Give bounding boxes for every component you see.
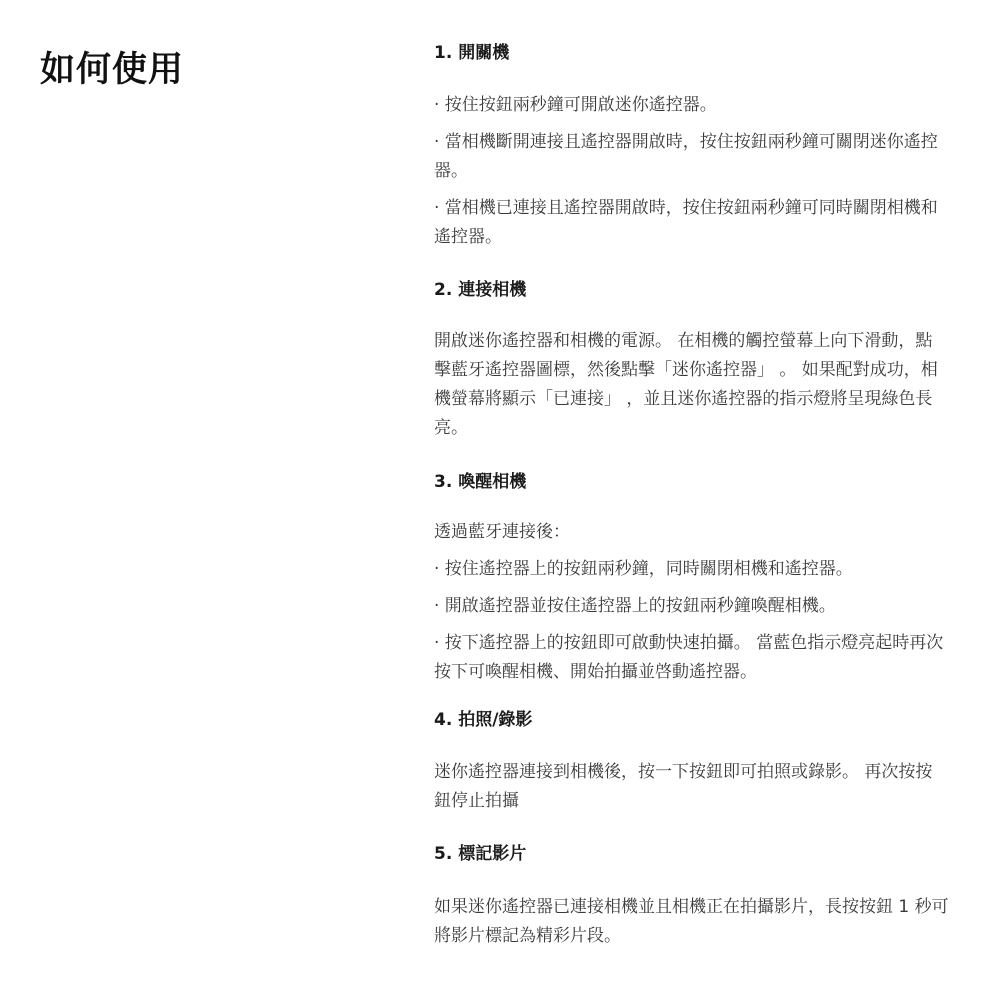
section-wake-camera: 3. 喚醒相機 透過藍牙連接後： · 按住遙控器上的按鈕兩秒鐘，同時關閉相機和遙… bbox=[434, 469, 949, 687]
power-off-disconnected-instruction: · 當相機斷開連接且遙控器開啟時，按住按鈕兩秒鐘可關閉迷你遙控器。 bbox=[434, 128, 949, 186]
section-heading-wake-camera: 3. 喚醒相機 bbox=[434, 469, 949, 495]
section-heading-power: 1. 開關機 bbox=[434, 40, 949, 66]
section-heading-photo-video: 4. 拍照/錄影 bbox=[434, 707, 949, 733]
power-on-instruction: · 按住按鈕兩秒鐘可開啟迷你遙控器。 bbox=[434, 91, 949, 120]
section-tag-video: 5. 標記影片 如果迷你遙控器已連接相機並且相機正在拍攝影片，長按按鈕 1 秒可… bbox=[434, 841, 949, 951]
wake-camera-instruction: · 開啟遙控器並按住遙控器上的按鈕兩秒鐘喚醒相機。 bbox=[434, 592, 949, 621]
wake-intro: 透過藍牙連接後： bbox=[434, 518, 949, 547]
page-title: 如何使用 bbox=[40, 42, 184, 92]
section-heading-tag-video: 5. 標記影片 bbox=[434, 841, 949, 867]
power-off-connected-instruction: · 當相機已連接且遙控器開啟時，按住按鈕兩秒鐘可同時關閉相機和遙控器。 bbox=[434, 194, 949, 252]
wake-power-off-instruction: · 按住遙控器上的按鈕兩秒鐘，同時關閉相機和遙控器。 bbox=[434, 555, 949, 584]
instructions-content: 1. 開關機 · 按住按鈕兩秒鐘可開啟迷你遙控器。 · 當相機斷開連接且遙控器開… bbox=[434, 40, 949, 951]
connect-camera-instruction: 開啟迷你遙控器和相機的電源。 在相機的觸控螢幕上向下滑動，點擊藍牙遙控器圖標，然… bbox=[434, 327, 949, 443]
section-photo-video: 4. 拍照/錄影 迷你遙控器連接到相機後，按一下按鈕即可拍照或錄影。 再次按按鈕… bbox=[434, 707, 949, 816]
section-connect-camera: 2. 連接相機 開啟迷你遙控器和相機的電源。 在相機的觸控螢幕上向下滑動，點擊藍… bbox=[434, 277, 949, 443]
section-heading-connect-camera: 2. 連接相機 bbox=[434, 277, 949, 303]
tag-video-instruction: 如果迷你遙控器已連接相機並且相機正在拍攝影片，長按按鈕 1 秒可將影片標記為精彩… bbox=[434, 893, 949, 951]
photo-video-instruction: 迷你遙控器連接到相機後，按一下按鈕即可拍照或錄影。 再次按按鈕停止拍攝 bbox=[434, 758, 949, 816]
section-power: 1. 開關機 · 按住按鈕兩秒鐘可開啟迷你遙控器。 · 當相機斷開連接且遙控器開… bbox=[434, 40, 949, 252]
quick-capture-instruction: · 按下遙控器上的按鈕即可啟動快速拍攝。 當藍色指示燈亮起時再次按下可喚醒相機、… bbox=[434, 629, 949, 687]
